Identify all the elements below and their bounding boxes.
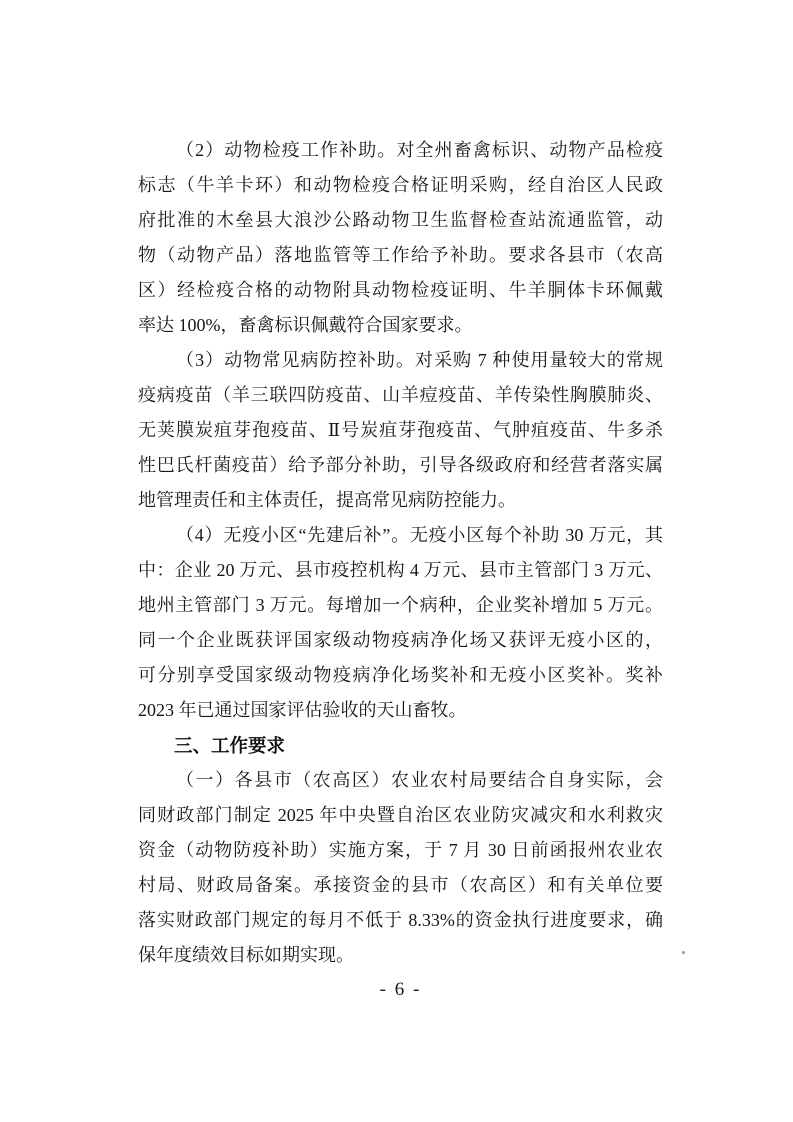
section-heading: 三、工作要求 xyxy=(138,728,663,763)
text-line: （一）各县市（农高区）农业农村局要结合自身实际，会 xyxy=(138,763,663,798)
document-body: （2）动物检疫工作补助。对全州畜禽标识、动物产品检疫 标志（牛羊卡环）和动物检疫… xyxy=(138,133,663,973)
scan-noise-speck xyxy=(682,951,685,954)
text-line: 标志（牛羊卡环）和动物检疫合格证明采购，经自治区人民政 xyxy=(138,168,663,203)
text-line: 区）经检疫合格的动物附具动物检疫证明、牛羊胴体卡环佩戴 xyxy=(138,273,663,308)
text-line: （3）动物常见病防控补助。对采购 7 种使用量较大的常规 xyxy=(138,343,663,378)
document-page: （2）动物检疫工作补助。对全州畜禽标识、动物产品检疫 标志（牛羊卡环）和动物检疫… xyxy=(0,0,793,1122)
text-line: 无荚膜炭疽芽孢疫苗、Ⅱ号炭疽芽孢疫苗、气肿疽疫苗、牛多杀 xyxy=(138,413,663,448)
text-line: 中：企业 20 万元、县市疫控机构 4 万元、县市主管部门 3 万元、 xyxy=(138,553,663,588)
text-line: 性巴氏杆菌疫苗）给予部分补助，引导各级政府和经营者落实属 xyxy=(138,448,663,483)
text-line: 同一个企业既获评国家级动物疫病净化场又获评无疫小区的， xyxy=(138,623,663,658)
text-line: 府批准的木垒县大浪沙公路动物卫生监督检查站流通监管，动 xyxy=(138,203,663,238)
text-line: 资金（动物防疫补助）实施方案，于 7 月 30 日前函报州农业农 xyxy=(138,833,663,868)
text-line: 物（动物产品）落地监管等工作给予补助。要求各县市（农高 xyxy=(138,238,663,273)
page-number: - 6 - xyxy=(138,978,663,1002)
text-line: 率达 100%，畜禽标识佩戴符合国家要求。 xyxy=(138,308,663,343)
text-line: 村局、财政局备案。承接资金的县市（农高区）和有关单位要 xyxy=(138,868,663,903)
text-line: 保年度绩效目标如期实现。 xyxy=(138,938,663,973)
text-line: （4）无疫小区“先建后补”。无疫小区每个补助 30 万元，其 xyxy=(138,518,663,553)
text-line: 同财政部门制定 2025 年中央暨自治区农业防灾减灾和水利救灾 xyxy=(138,798,663,833)
text-line: 疫病疫苗（羊三联四防疫苗、山羊痘疫苗、羊传染性胸膜肺炎、 xyxy=(138,378,663,413)
text-line: 落实财政部门规定的每月不低于 8.33%的资金执行进度要求，确 xyxy=(138,903,663,938)
text-line: （2）动物检疫工作补助。对全州畜禽标识、动物产品检疫 xyxy=(138,133,663,168)
text-line: 地州主管部门 3 万元。每增加一个病种，企业奖补增加 5 万元。 xyxy=(138,588,663,623)
text-line: 地管理责任和主体责任，提高常见病防控能力。 xyxy=(138,483,663,518)
text-line: 2023 年已通过国家评估验收的天山畜牧。 xyxy=(138,693,663,728)
text-line: 可分别享受国家级动物疫病净化场奖补和无疫小区奖补。奖补 xyxy=(138,658,663,693)
